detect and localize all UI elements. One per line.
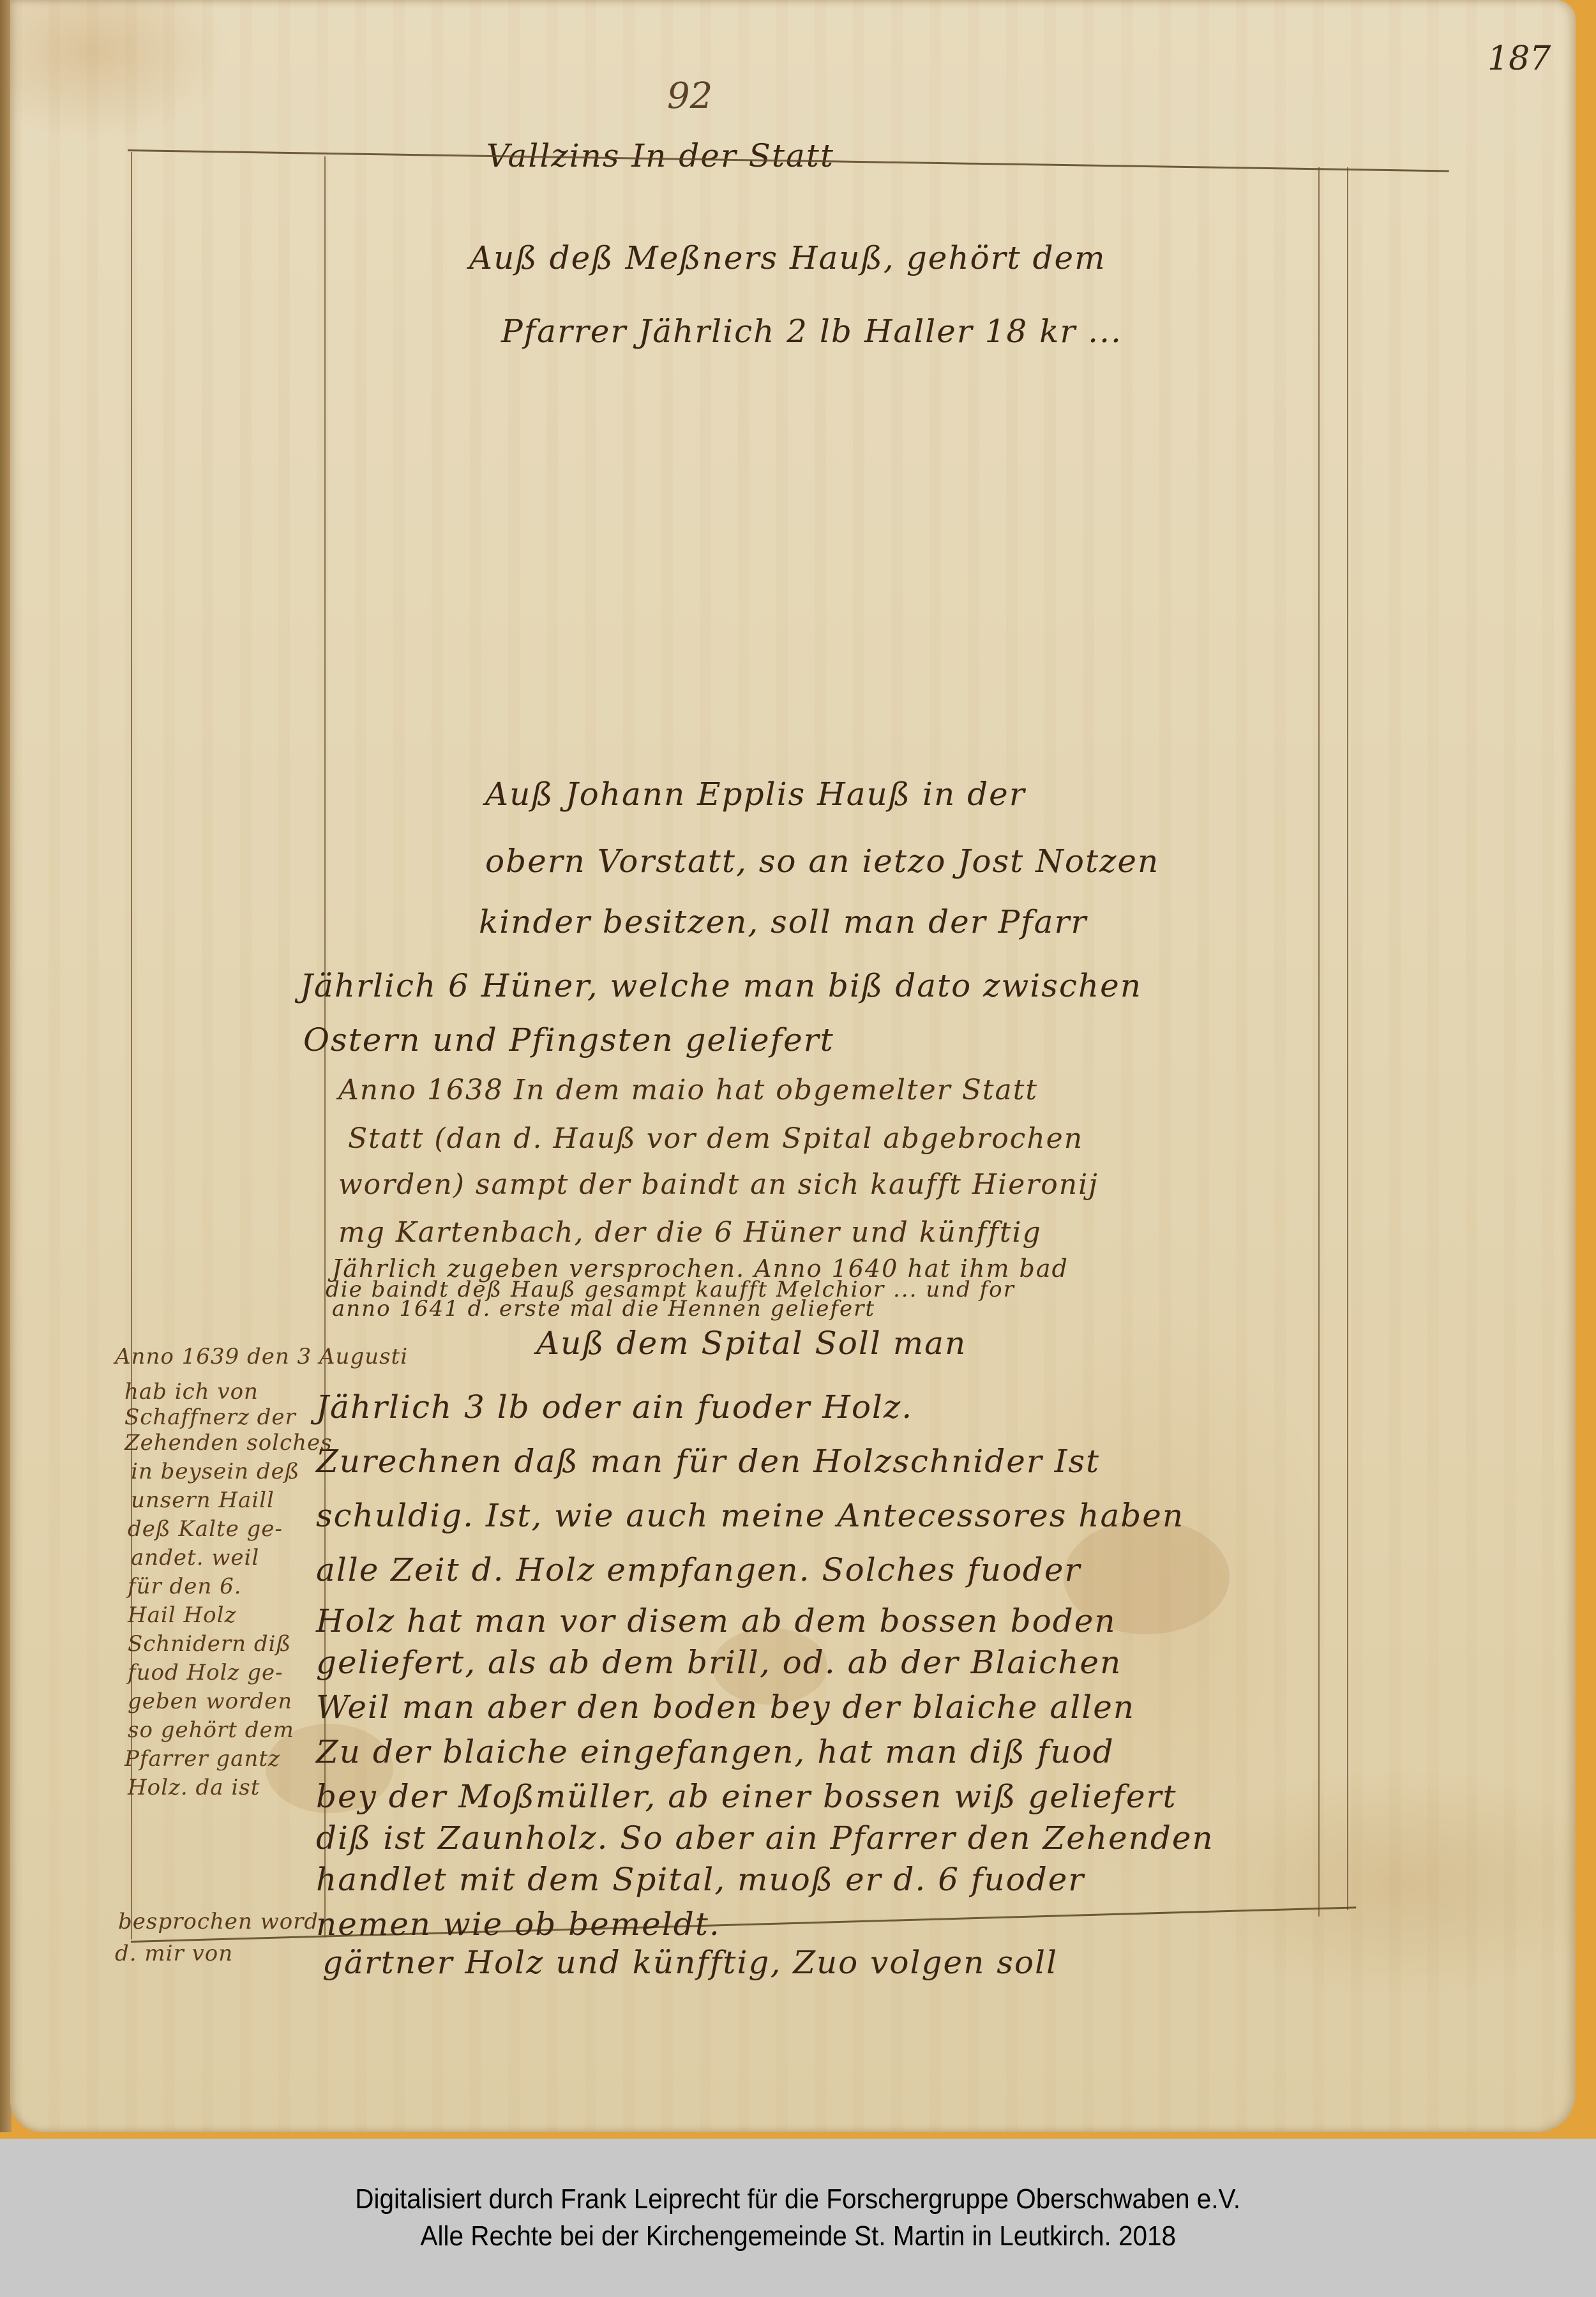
margin-line: Schaffnerz der: [124, 1405, 296, 1430]
entry-line: Zu der blaiche eingefangen, hat man diß …: [316, 1733, 1115, 1770]
margin-line: hab ich von: [124, 1379, 259, 1405]
entry-line: Anno 1638 In dem maio hat obgemelter Sta…: [338, 1074, 1038, 1106]
frame-outer-right-line: [1347, 167, 1348, 1910]
entry-line: Ostern und Pfingsten geliefert: [303, 1021, 834, 1058]
entry-line: Zurechnen daß man für den Holzschnider I…: [316, 1443, 1100, 1480]
entry-line: kinder besitzen, soll man der Pfarr: [479, 903, 1087, 940]
entry-line: geliefert, als ab dem brill, od. ab der …: [316, 1644, 1122, 1681]
footer-handwritten-line: gärtner Holz und künfftig, Zuo volgen so…: [322, 1944, 1058, 1981]
digitization-caption: Digitalisiert durch Frank Leiprecht für …: [0, 2139, 1596, 2297]
margin-line: Hail Holz: [128, 1602, 236, 1628]
caption-line-2: Alle Rechte bei der Kirchengemeinde St. …: [420, 2218, 1176, 2255]
entry-line: Jährlich 3 lb oder ain fuoder Holz.: [316, 1389, 913, 1426]
entry-line: Auß dem Spital Soll man: [536, 1325, 967, 1362]
entry-line: worden) sampt der baindt an sich kaufft …: [338, 1168, 1099, 1201]
entry-line: anno 1641 d. erste mal die Hennen gelief…: [332, 1296, 875, 1322]
entry-line: Auß Johann Epplis Hauß in der: [485, 776, 1026, 813]
margin-line: d. mir von: [115, 1941, 233, 1966]
entry-line: Statt (dan d. Hauß vor dem Spital abgebr…: [348, 1122, 1083, 1155]
entry-line: diß ist Zaunholz. So aber ain Pfarrer de…: [316, 1819, 1214, 1856]
entry-line: alle Zeit d. Holz empfangen. Solches fuo…: [316, 1551, 1081, 1588]
margin-line: Anno 1639 den 3 Augusti: [115, 1344, 408, 1369]
margin-line: Schnidern diß: [128, 1631, 291, 1657]
entry-line: obern Vorstatt, so an ietzo Jost Notzen: [485, 843, 1159, 880]
entry-line: schuldig. Ist, wie auch meine Antecessor…: [316, 1497, 1184, 1534]
margin-line: so gehört dem: [128, 1717, 294, 1743]
frame-inner-right-line: [1318, 167, 1320, 1917]
entry-line: Auß deß Meßners Hauß, gehört dem: [469, 239, 1106, 276]
margin-line: Holz. da ist: [128, 1775, 260, 1800]
margin-line: andet. weil: [131, 1545, 259, 1570]
entry-line: Pfarrer Jährlich 2 lb Haller 18 kr ...: [501, 313, 1122, 350]
margin-line: unsern Haill: [131, 1487, 275, 1513]
entry-line: handlet mit dem Spital, muoß er d. 6 fuo…: [316, 1861, 1085, 1898]
margin-line: in beysein deß: [131, 1459, 299, 1484]
entry-line: mg Kartenbach, der die 6 Hüner und künff…: [338, 1216, 1042, 1249]
margin-line: besprochen word: [118, 1909, 319, 1934]
margin-line: Pfarrer gantz: [124, 1746, 280, 1772]
page-number: 92: [667, 75, 712, 117]
margin-line: für den 6.: [128, 1574, 242, 1599]
entry-line: Jährlich 6 Hüner, welche man biß dato zw…: [300, 967, 1142, 1004]
entry-line: Weil man aber den boden bey der blaiche …: [316, 1689, 1135, 1726]
folio-number: 187: [1487, 40, 1551, 78]
margin-line: Zehenden solches: [124, 1430, 333, 1456]
margin-line: fuod Holz ge-: [128, 1660, 283, 1685]
entry-line: nemen wie ob bemeldt.: [316, 1906, 721, 1943]
margin-line: geben worden: [128, 1689, 292, 1714]
caption-line-1: Digitalisiert durch Frank Leiprecht für …: [356, 2181, 1241, 2218]
entry-line: Holz hat man vor disem ab dem bossen bod…: [316, 1602, 1117, 1639]
entry-line: bey der Moßmüller, ab einer bossen wiß g…: [316, 1778, 1177, 1815]
margin-line: deß Kalte ge-: [128, 1516, 283, 1542]
